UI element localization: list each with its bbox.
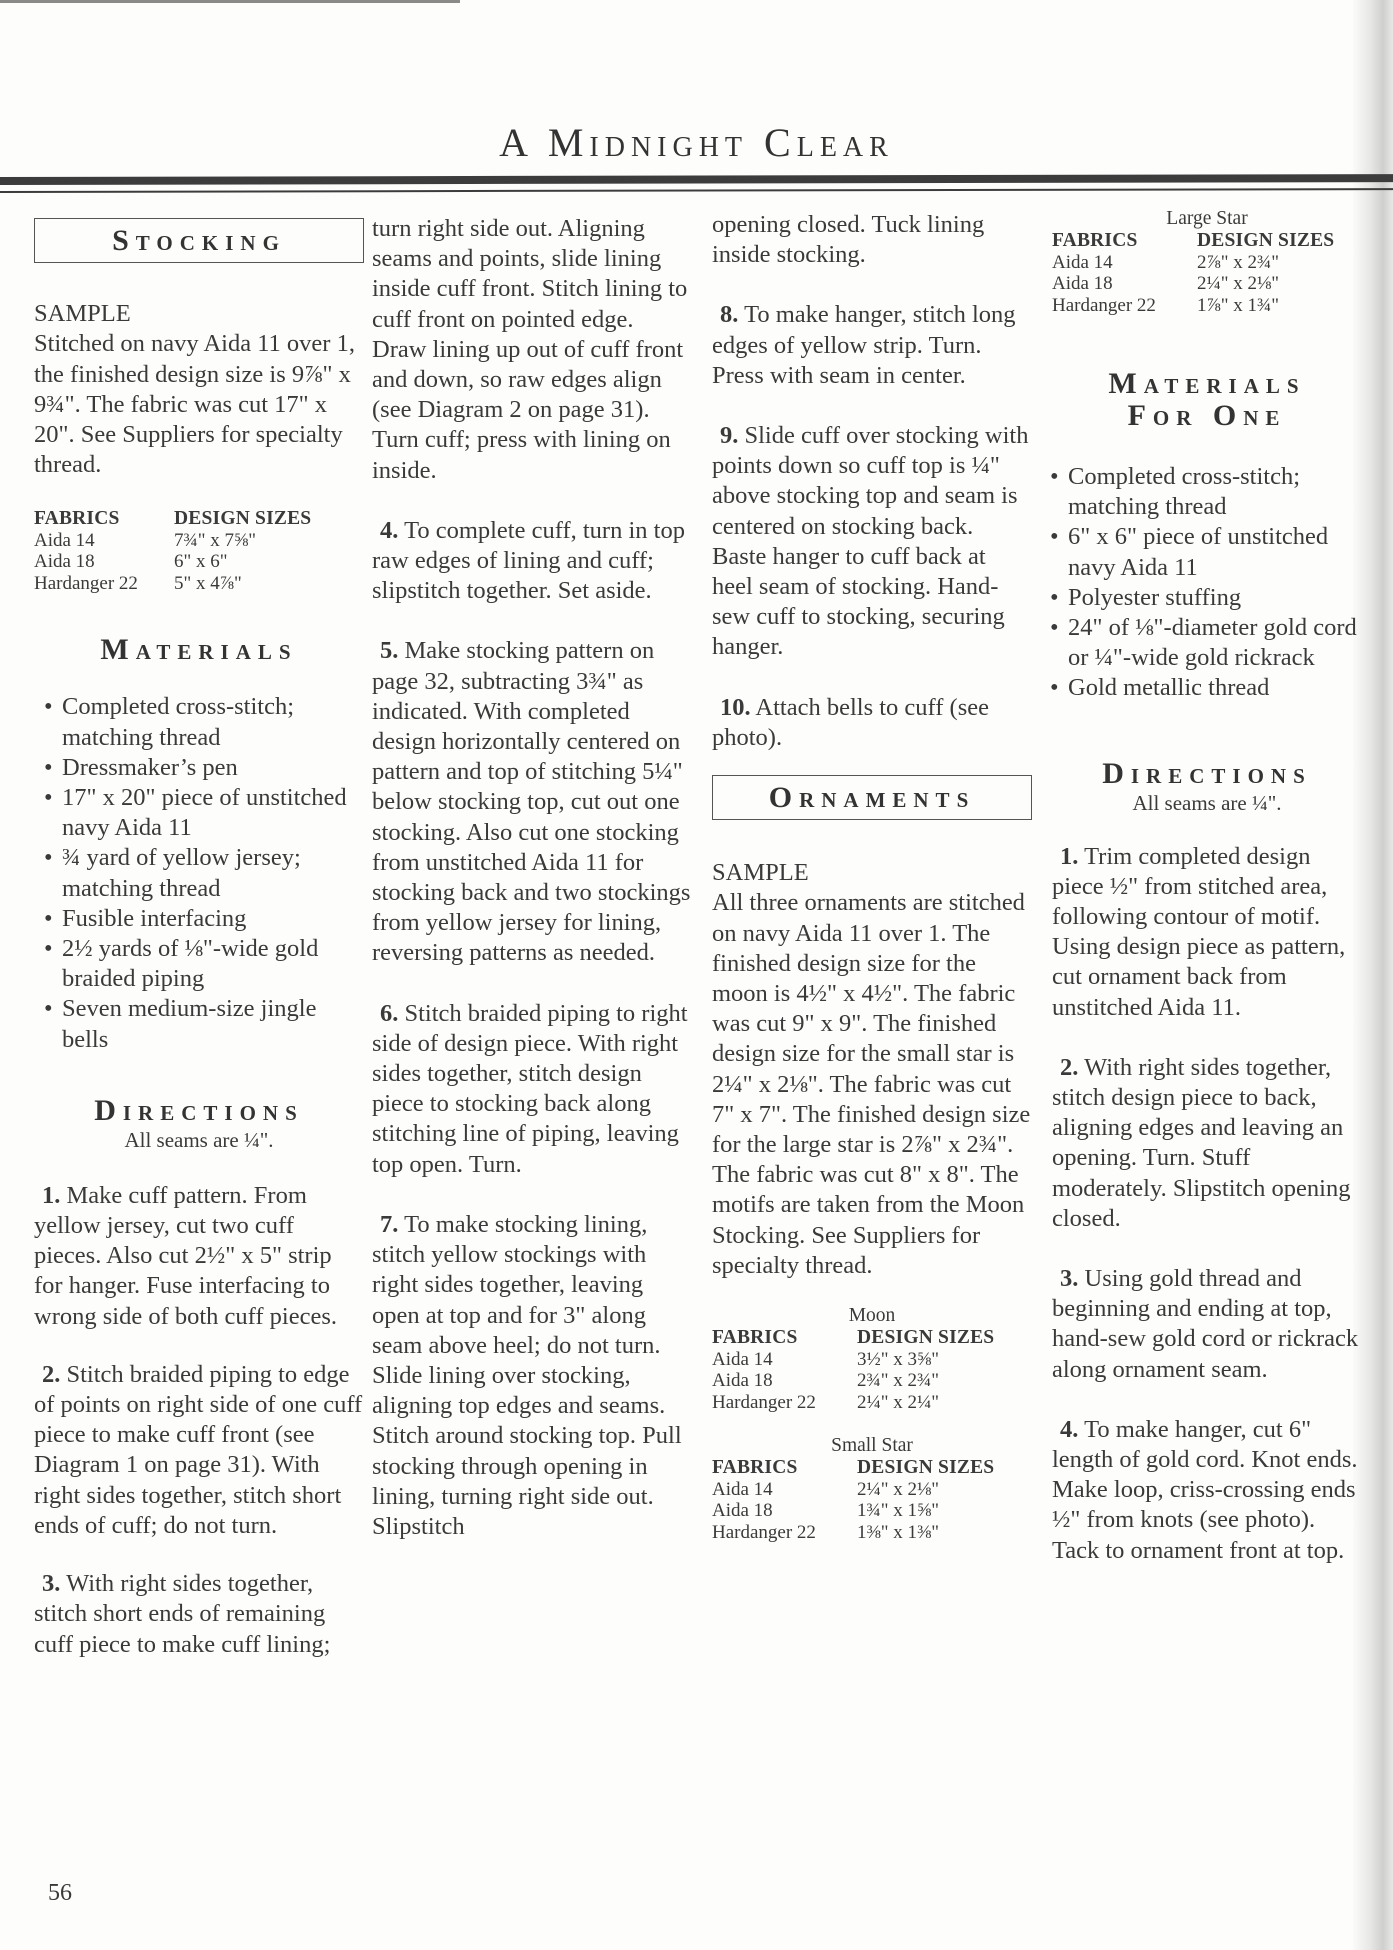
- direction-step: 2. Stitch braided piping to edge of poin…: [34, 1360, 364, 1541]
- list-item: Seven medium-size jingle bells: [34, 994, 364, 1054]
- step-number: 8.: [720, 301, 738, 328]
- list-item: 2½ yards of ⅛"-wide gold braided piping: [34, 934, 364, 994]
- section-heading-stocking: Stocking: [34, 218, 364, 263]
- fabric-cell: Aida 18: [34, 551, 174, 573]
- ornament-directions-note: All seams are ¼".: [1052, 790, 1362, 816]
- step-number: 2.: [42, 1361, 60, 1388]
- materials-heading: Materials: [34, 634, 364, 666]
- page-title: A Midnight Clear: [0, 119, 1393, 166]
- col-fabrics: FABRICS: [712, 1327, 857, 1349]
- direction-step: 9. Slide cuff over stocking with points …: [712, 421, 1032, 663]
- direction-step: 3. Using gold thread and beginning and e…: [1052, 1264, 1362, 1385]
- size-cell: 6" x 6": [174, 551, 364, 573]
- fabric-cell: Aida 14: [1052, 252, 1197, 274]
- fabric-cell: Aida 14: [712, 1479, 857, 1501]
- table-row: Hardanger 222¼" x 2¼": [712, 1392, 1032, 1414]
- list-item: Dressmaker’s pen: [34, 753, 364, 783]
- fabric-cell: Hardanger 22: [712, 1522, 857, 1544]
- fabric-cell: Aida 14: [712, 1349, 857, 1371]
- step-text: Make cuff pattern. From yellow jersey, c…: [34, 1182, 337, 1330]
- ornament-materials-list: Completed cross-stitch; matching thread …: [1040, 462, 1362, 704]
- list-item: Gold metallic thread: [1040, 673, 1362, 703]
- step-number: 9.: [720, 422, 738, 449]
- direction-step: 5. Make stocking pattern on page 32, sub…: [372, 636, 692, 968]
- step-number: 1.: [42, 1182, 60, 1209]
- table-row: Aida 182¼" x 2⅛": [1052, 273, 1362, 295]
- direction-step: 1. Trim completed design piece ½" from s…: [1052, 842, 1362, 1023]
- step-text: Stitch braided piping to edge of points …: [34, 1361, 362, 1539]
- moon-table-title: Moon: [712, 1305, 1032, 1327]
- col-fabrics: FABRICS: [34, 508, 174, 530]
- materials-for-one-heading-line1: Materials: [1052, 368, 1362, 400]
- size-cell: 3½" x 3⅝": [857, 1349, 1032, 1371]
- step-text: Make stocking pattern on page 32, subtra…: [372, 637, 690, 966]
- step-text: To make hanger, stitch long edges of yel…: [712, 301, 1016, 388]
- direction-step: 1. Make cuff pattern. From yellow jersey…: [34, 1181, 364, 1332]
- size-cell: 1⅜" x 1⅜": [857, 1522, 1032, 1544]
- stocking-materials-list: Completed cross-stitch; matching thread …: [34, 692, 364, 1054]
- list-item: ¾ yard of yellow jersey; matching thread: [34, 843, 364, 903]
- table-header-row: FABRICS DESIGN SIZES: [34, 508, 364, 530]
- fabric-cell: Aida 18: [712, 1370, 857, 1392]
- direction-step-continued: opening closed. Tuck lining inside stock…: [712, 210, 1032, 270]
- size-cell: 2¼" x 2¼": [857, 1392, 1032, 1414]
- large-star-table-title: Large Star: [1052, 208, 1362, 230]
- step-number: 6.: [380, 1000, 398, 1027]
- header-rule-thin: [0, 188, 1393, 193]
- table-row: Hardanger 225" x 4⅞": [34, 573, 364, 595]
- step-text: Stitch braided piping to right side of d…: [372, 1000, 688, 1178]
- step-text: To complete cuff, turn in top raw edges …: [372, 517, 685, 604]
- list-item: Completed cross-stitch; matching thread: [34, 692, 364, 752]
- step-number: 4.: [380, 517, 398, 544]
- col-fabrics: FABRICS: [1052, 230, 1197, 252]
- step-number: 1.: [1060, 843, 1078, 870]
- direction-step-continued: turn right side out. Aligning seams and …: [372, 214, 692, 486]
- ornaments-sample-text: All three ornaments are stitched on navy…: [712, 888, 1032, 1281]
- table-header-row: FABRICS DESIGN SIZES: [712, 1327, 1032, 1349]
- fabric-cell: Hardanger 22: [712, 1392, 857, 1414]
- step-number: 3.: [42, 1570, 60, 1597]
- step-text: Trim completed design piece ½" from stit…: [1052, 843, 1345, 1021]
- ornament-directions-heading: Directions: [1052, 758, 1362, 790]
- step-number: 3.: [1060, 1265, 1078, 1292]
- list-item: 24" of ⅛"-diameter gold cord or ¼"-wide …: [1040, 613, 1362, 673]
- direction-step: 7. To make stocking lining, stitch yello…: [372, 1210, 692, 1542]
- step-text: Using gold thread and beginning and endi…: [1052, 1265, 1358, 1383]
- column-2: turn right side out. Aligning seams and …: [372, 214, 692, 1542]
- table-row: Aida 182¾" x 2¾": [712, 1370, 1032, 1392]
- step-text: Attach bells to cuff (see photo).: [712, 694, 989, 751]
- step-number: 10.: [720, 694, 751, 721]
- large-star-fabric-table: FABRICS DESIGN SIZES Aida 142⅞" x 2¾" Ai…: [1052, 230, 1362, 316]
- fabric-cell: Aida 18: [1052, 273, 1197, 295]
- table-row: Aida 143½" x 3⅝": [712, 1349, 1032, 1371]
- table-header-row: FABRICS DESIGN SIZES: [712, 1457, 1032, 1479]
- col-design-sizes: DESIGN SIZES: [857, 1327, 1032, 1349]
- page-number: 56: [48, 1880, 72, 1907]
- step-text: With right sides together, stitch short …: [34, 1570, 330, 1657]
- size-cell: 2¼" x 2⅛": [857, 1479, 1032, 1501]
- fabric-cell: Aida 14: [34, 530, 174, 552]
- fabric-cell: Aida 18: [712, 1500, 857, 1522]
- direction-step: 4. To make hanger, cut 6" length of gold…: [1052, 1415, 1362, 1566]
- size-cell: 2¾" x 2¾": [857, 1370, 1032, 1392]
- directions-note: All seams are ¼".: [34, 1127, 364, 1153]
- step-number: 7.: [380, 1211, 398, 1238]
- header-rule-thick: [0, 174, 1393, 185]
- direction-step: 2. With right sides together, stitch des…: [1052, 1053, 1362, 1234]
- step-number: 5.: [380, 637, 398, 664]
- col-design-sizes: DESIGN SIZES: [1197, 230, 1362, 252]
- direction-step: 10. Attach bells to cuff (see photo).: [712, 693, 1032, 753]
- list-item: 17" x 20" piece of unstitched navy Aida …: [34, 783, 364, 843]
- step-number: 4.: [1060, 1416, 1078, 1443]
- size-cell: 2¼" x 2⅛": [1197, 273, 1362, 295]
- stocking-fabric-table: FABRICS DESIGN SIZES Aida 147¾" x 7⅝" Ai…: [34, 508, 364, 594]
- small-star-table-title: Small Star: [712, 1435, 1032, 1457]
- section-heading-ornaments: Ornaments: [712, 775, 1032, 820]
- col-fabrics: FABRICS: [712, 1457, 857, 1479]
- ornaments-sample-label: SAMPLE: [712, 858, 1032, 888]
- size-cell: 1⅞" x 1¾": [1197, 295, 1362, 317]
- column-1: Stocking SAMPLE Stitched on navy Aida 11…: [34, 218, 364, 1660]
- fabric-cell: Hardanger 22: [1052, 295, 1197, 317]
- step-text: Slide cuff over stocking with points dow…: [712, 422, 1028, 660]
- size-cell: 2⅞" x 2¾": [1197, 252, 1362, 274]
- direction-step: 3. With right sides together, stitch sho…: [34, 1569, 364, 1660]
- direction-step: 6. Stitch braided piping to right side o…: [372, 999, 692, 1180]
- step-text: To make hanger, cut 6" length of gold co…: [1052, 1416, 1358, 1564]
- table-row: Aida 142⅞" x 2¾": [1052, 252, 1362, 274]
- table-row: Aida 142¼" x 2⅛": [712, 1479, 1032, 1501]
- step-text: With right sides together, stitch design…: [1052, 1054, 1351, 1232]
- table-row: Aida 186" x 6": [34, 551, 364, 573]
- table-row: Hardanger 221⅜" x 1⅜": [712, 1522, 1032, 1544]
- size-cell: 7¾" x 7⅝": [174, 530, 364, 552]
- col-design-sizes: DESIGN SIZES: [857, 1457, 1032, 1479]
- size-cell: 1¾" x 1⅝": [857, 1500, 1032, 1522]
- size-cell: 5" x 4⅞": [174, 573, 364, 595]
- stocking-sample-label: SAMPLE: [34, 299, 364, 329]
- fabric-cell: Hardanger 22: [34, 573, 174, 595]
- materials-for-one-heading-line2: For One: [1052, 400, 1362, 432]
- directions-heading: Directions: [34, 1095, 364, 1127]
- col-design-sizes: DESIGN SIZES: [174, 508, 364, 530]
- table-row: Hardanger 221⅞" x 1¾": [1052, 295, 1362, 317]
- small-star-fabric-table: FABRICS DESIGN SIZES Aida 142¼" x 2⅛" Ai…: [712, 1457, 1032, 1543]
- step-text: To make stocking lining, stitch yellow s…: [372, 1211, 682, 1540]
- list-item: Completed cross-stitch; matching thread: [1040, 462, 1362, 522]
- direction-step: 4. To complete cuff, turn in top raw edg…: [372, 516, 692, 607]
- table-row: Aida 147¾" x 7⅝": [34, 530, 364, 552]
- table-row: Aida 181¾" x 1⅝": [712, 1500, 1032, 1522]
- column-3: opening closed. Tuck lining inside stock…: [712, 210, 1032, 1543]
- column-4: Large Star FABRICS DESIGN SIZES Aida 142…: [1052, 208, 1362, 1566]
- table-header-row: FABRICS DESIGN SIZES: [1052, 230, 1362, 252]
- list-item: Fusible interfacing: [34, 904, 364, 934]
- list-item: 6" x 6" piece of unstitched navy Aida 11: [1040, 522, 1362, 582]
- step-number: 2.: [1060, 1054, 1078, 1081]
- stocking-sample-text: Stitched on navy Aida 11 over 1, the fin…: [34, 329, 364, 480]
- list-item: Polyester stuffing: [1040, 583, 1362, 613]
- scan-edge-strip: [0, 0, 460, 3]
- direction-step: 8. To make hanger, stitch long edges of …: [712, 300, 1032, 391]
- moon-fabric-table: FABRICS DESIGN SIZES Aida 143½" x 3⅝" Ai…: [712, 1327, 1032, 1413]
